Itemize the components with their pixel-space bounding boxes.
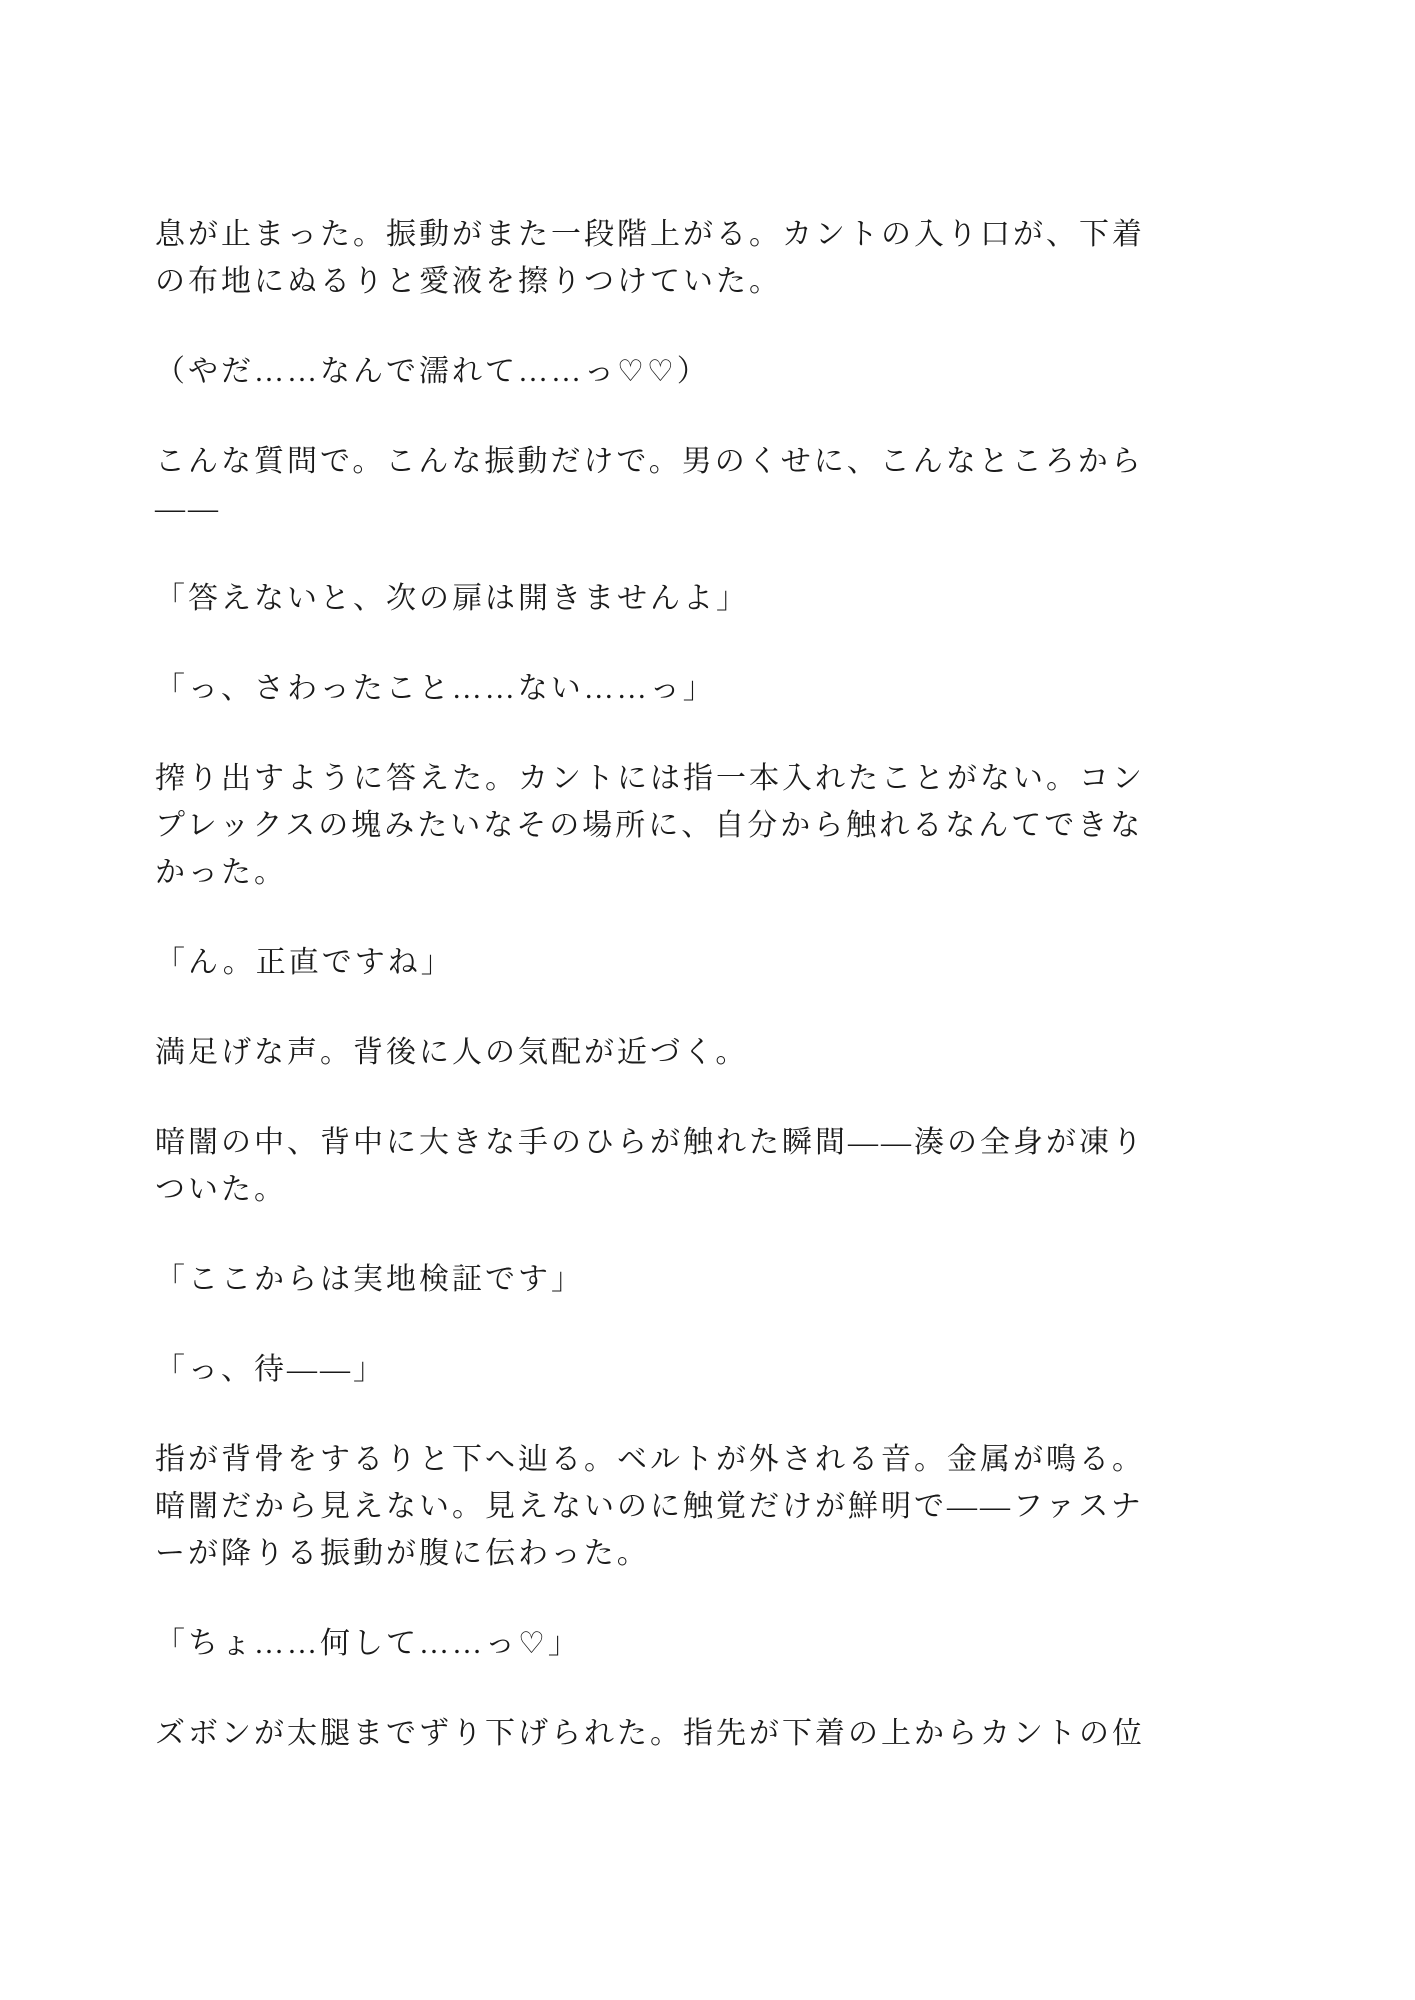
paragraph-narration-5: 暗闇の中、背中に大きな手のひらが触れた瞬間――湊の全身が凍り ついた。 — [155, 1119, 1165, 1213]
paragraph-narration-4: 満足げな声。背後に人の気配が近づく。 — [155, 1029, 1165, 1076]
paragraph-narration-1: 息が止まった。振動がまた一段階上がる。カントの入り口が、下着 の布地にぬるりと愛… — [155, 211, 1165, 305]
paragraph-dialogue-6: 「ちょ……何して……っ♡」 — [155, 1620, 1165, 1667]
paragraph-narration-3: 搾り出すように答えた。カントには指一本入れたことがない。コン プレックスの塊みた… — [155, 755, 1165, 896]
paragraph-thought-1: （やだ……なんで濡れて……っ♡♡） — [155, 348, 1165, 395]
paragraph-dialogue-2: 「っ、さわったこと……ない……っ」 — [155, 665, 1165, 712]
paragraph-narration-2: こんな質問で。こんな振動だけで。男のくせに、こんなところから ―― — [155, 438, 1165, 532]
paragraph-narration-6: 指が背骨をするりと下へ辿る。ベルトが外される音。金属が鳴る。 暗闇だから見えない… — [155, 1436, 1165, 1577]
paragraph-narration-7: ズボンが太腿までずり下げられた。指先が下着の上からカントの位 — [155, 1710, 1165, 1757]
paragraph-dialogue-1: 「答えないと、次の扉は開きませんよ」 — [155, 575, 1165, 622]
paragraph-dialogue-4: 「ここからは実地検証です」 — [155, 1256, 1165, 1303]
paragraph-dialogue-3: 「ん。正直ですね」 — [155, 939, 1165, 986]
document-page: 息が止まった。振動がまた一段階上がる。カントの入り口が、下着 の布地にぬるりと愛… — [0, 0, 1415, 2000]
paragraph-dialogue-5: 「っ、待――」 — [155, 1346, 1165, 1393]
